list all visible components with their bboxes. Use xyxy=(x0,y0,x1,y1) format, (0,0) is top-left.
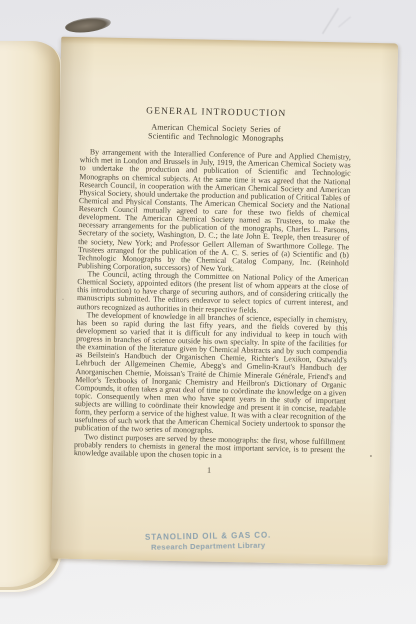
paragraph: Two distinct purposes are served by thes… xyxy=(74,433,345,463)
page-text-block: GENERAL INTRODUCTION American Chemical S… xyxy=(72,37,353,564)
paragraph: The development of knowledge in all bran… xyxy=(74,311,347,438)
photo-backdrop: GENERAL INTRODUCTION American Chemical S… xyxy=(0,0,416,624)
right-page: GENERAL INTRODUCTION American Chemical S… xyxy=(51,37,398,566)
dust-speck xyxy=(62,299,64,300)
page-number: 1 xyxy=(74,463,345,477)
page-title: GENERAL INTRODUCTION xyxy=(81,105,352,120)
library-stamp: STANOLIND OIL & GAS CO. Research Departm… xyxy=(144,531,271,552)
book-spine-headband xyxy=(64,15,111,35)
body-text: By arrangement with the Interallied Conf… xyxy=(74,148,351,462)
paragraph: By arrangement with the Interallied Conf… xyxy=(78,148,351,275)
backdrop-scratch xyxy=(322,8,339,34)
stamp-line-2: Research Department Library xyxy=(145,541,271,552)
paragraph: The Council, acting through the Committe… xyxy=(77,270,349,316)
dust-speck xyxy=(370,455,372,457)
backdrop-scratch xyxy=(338,16,351,27)
page-subtitle: American Chemical Society Series of Scie… xyxy=(80,122,351,145)
